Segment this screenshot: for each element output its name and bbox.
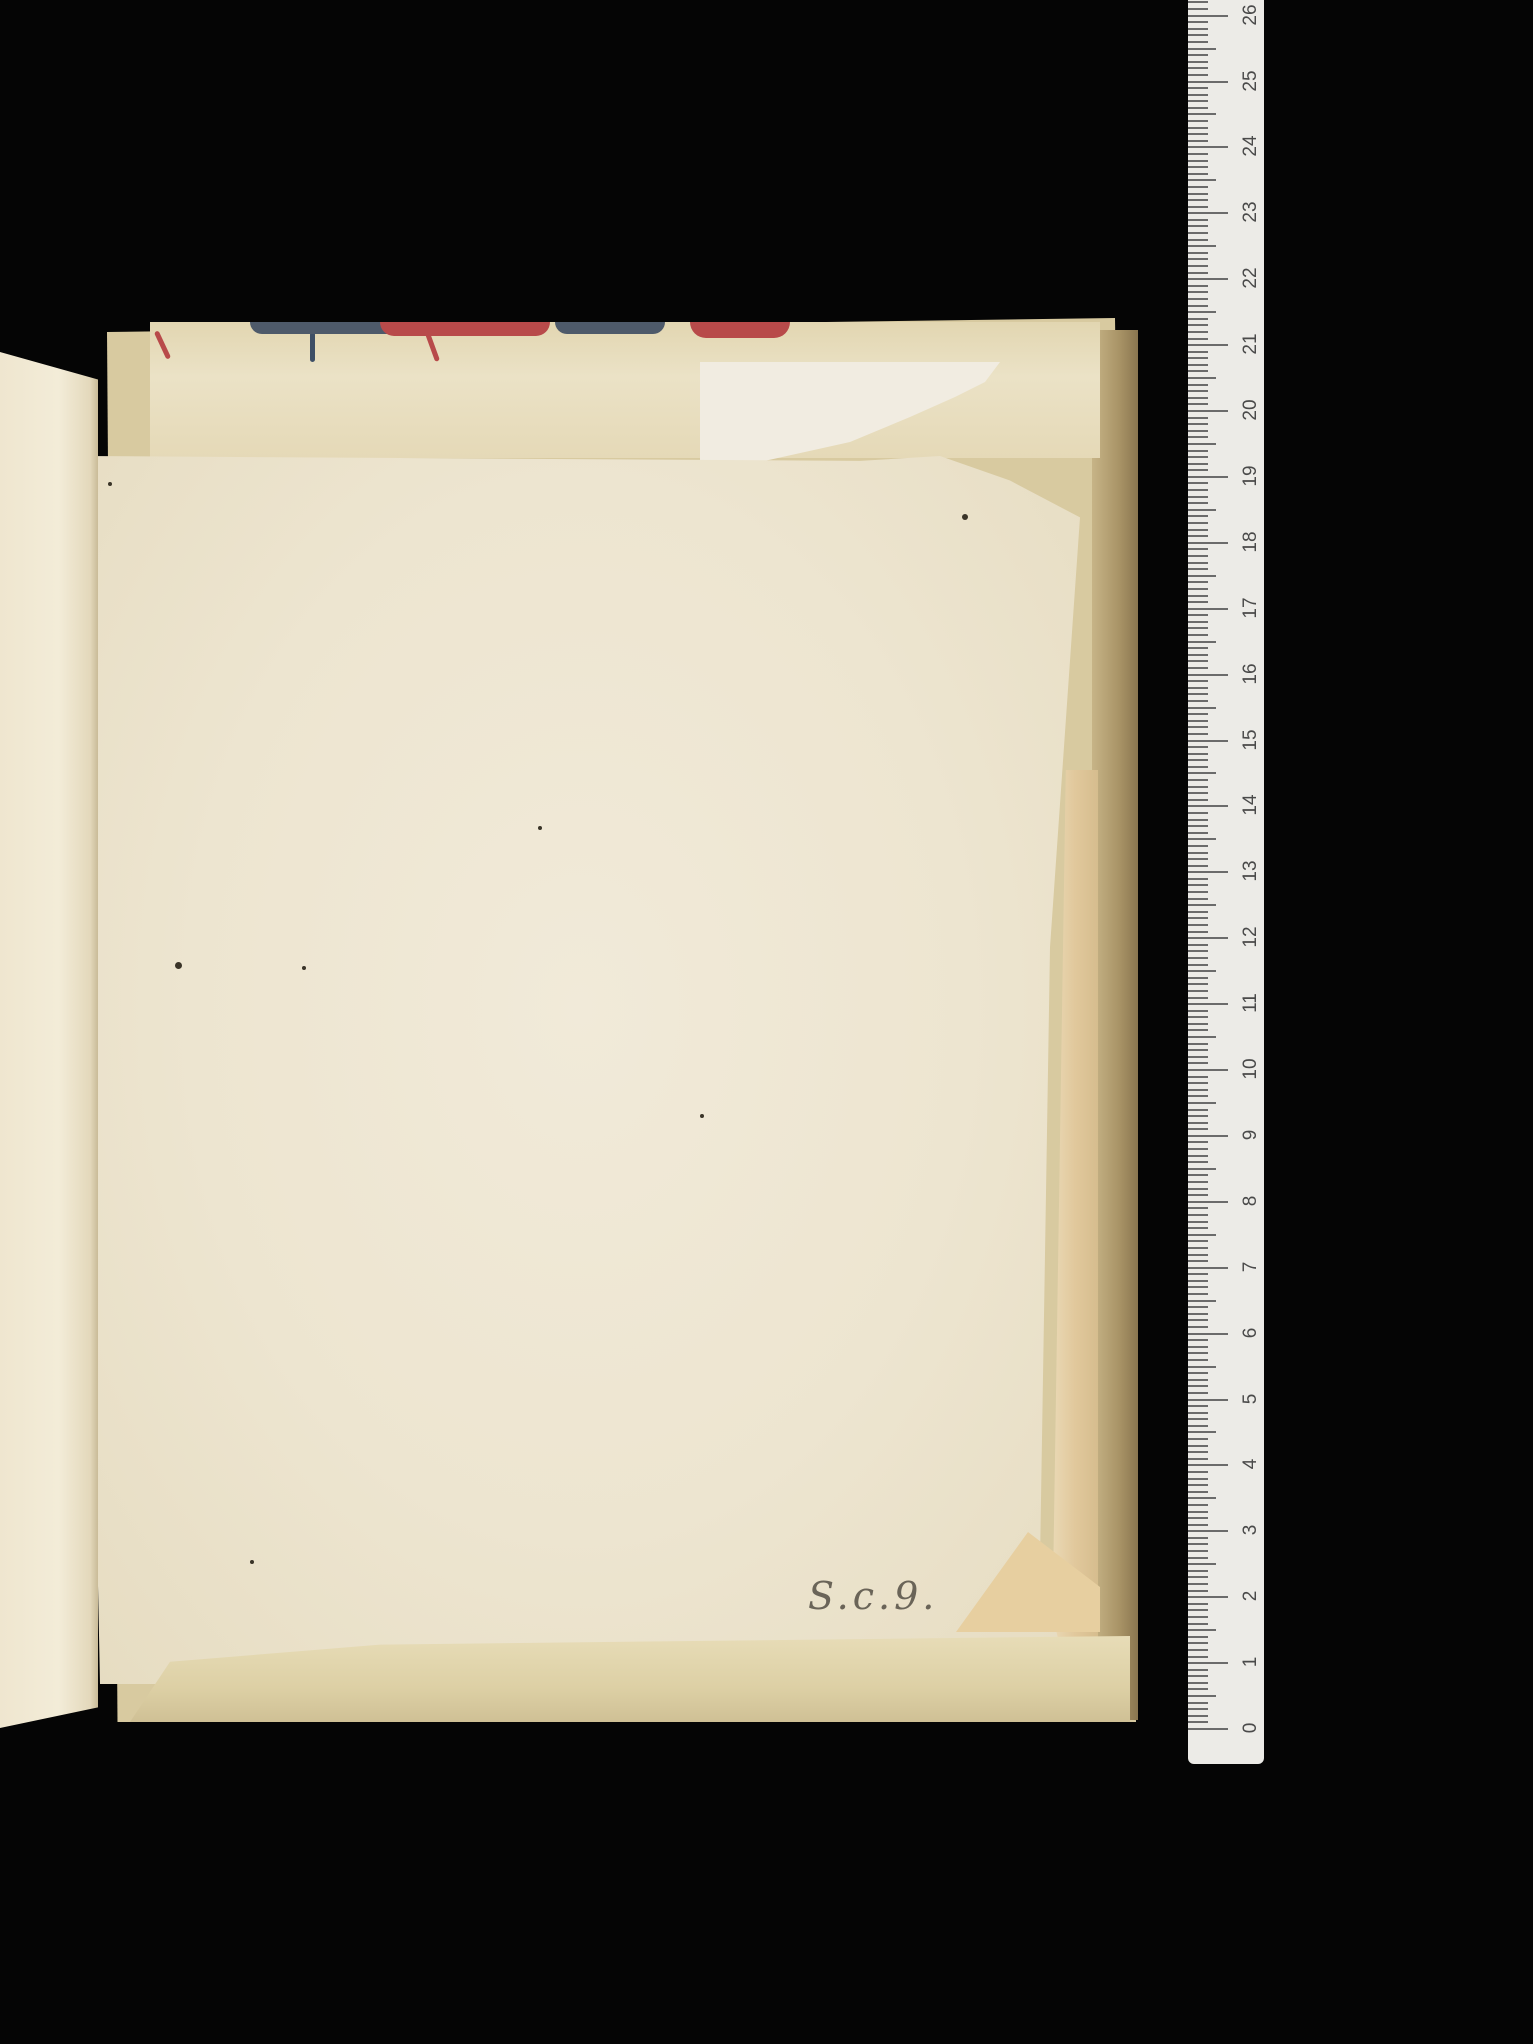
ruler-label: 2 — [1240, 1581, 1262, 1611]
ruler-tick — [1188, 318, 1208, 320]
ruler-tick — [1188, 160, 1208, 162]
ruler-tick — [1188, 1115, 1208, 1117]
ruler-label: 24 — [1240, 131, 1262, 161]
ruler-tick — [1188, 311, 1216, 313]
ruler-tick — [1188, 726, 1208, 728]
ruler-tick — [1188, 1445, 1208, 1447]
ruler-tick — [1188, 67, 1208, 69]
ruler-tick — [1188, 1300, 1216, 1302]
ruler-label: 0 — [1240, 1713, 1262, 1743]
ruler-tick — [1188, 1023, 1208, 1025]
ruler-label: 1 — [1240, 1647, 1262, 1677]
ruler-tick — [1188, 1366, 1216, 1368]
ruler-label: 17 — [1240, 593, 1262, 623]
ruler-tick — [1188, 324, 1208, 326]
ruler-tick — [1188, 370, 1208, 372]
ruler-tick — [1188, 1603, 1208, 1605]
ruler-tick — [1188, 588, 1208, 590]
ruler-tick — [1188, 403, 1208, 405]
ruler-tick — [1188, 1379, 1208, 1381]
ruler-tick — [1188, 41, 1208, 43]
ruler-label: 4 — [1240, 1449, 1262, 1479]
ruler-tick — [1188, 950, 1208, 952]
ruler-tick — [1188, 1010, 1208, 1012]
ruler-tick — [1188, 937, 1228, 939]
ruler-tick — [1188, 634, 1208, 636]
ruler-tick — [1188, 1695, 1216, 1697]
ruler-tick — [1188, 1155, 1208, 1157]
ruler-tick — [1188, 575, 1216, 577]
ruler-tick — [1188, 1056, 1208, 1058]
ruler-tick — [1188, 1201, 1228, 1203]
ruler-tick — [1188, 878, 1208, 880]
ruler-tick — [1188, 1234, 1216, 1236]
ruler-tick — [1188, 509, 1216, 511]
ruler-tick — [1188, 48, 1216, 50]
ruler-tick — [1188, 522, 1208, 524]
ruler-tick — [1188, 865, 1208, 867]
ruler-tick — [1188, 298, 1208, 300]
ruler-tick — [1188, 265, 1208, 267]
ruler-tick — [1188, 1728, 1228, 1730]
ruler-tick — [1188, 469, 1208, 471]
ruler-tick — [1188, 884, 1208, 886]
ruler-tick — [1188, 562, 1208, 564]
ruler-tick — [1188, 1524, 1208, 1526]
ruler-tick — [1188, 1702, 1208, 1704]
ruler-tick — [1188, 1221, 1208, 1223]
ruler-tick — [1188, 285, 1208, 287]
ruler-tick — [1188, 436, 1208, 438]
ruler-tick — [1188, 133, 1208, 135]
ruler-tick — [1188, 423, 1208, 425]
ruler-tick — [1188, 825, 1208, 827]
ruler-tick — [1188, 660, 1208, 662]
ruler-tick — [1188, 278, 1228, 280]
ruler-tick — [1188, 1405, 1208, 1407]
ruler-tick — [1188, 1458, 1208, 1460]
ruler-tick — [1188, 1082, 1208, 1084]
ruler-tick — [1188, 674, 1228, 676]
ruler-tick — [1188, 476, 1228, 478]
ruler-tick — [1188, 964, 1208, 966]
ruler-tick — [1188, 1537, 1208, 1539]
ruler-tick — [1188, 891, 1208, 893]
blue-marble-drop — [310, 332, 315, 362]
ruler-tick — [1188, 1016, 1208, 1018]
ruler-tick — [1188, 819, 1208, 821]
ruler-tick — [1188, 1623, 1208, 1625]
ruler-tick — [1188, 1412, 1208, 1414]
ruler-tick — [1188, 258, 1208, 260]
ruler-tick — [1188, 852, 1208, 854]
ruler-tick — [1188, 1715, 1208, 1717]
ruler-tick — [1188, 1141, 1208, 1143]
ruler-tick — [1188, 496, 1208, 498]
ruler-tick — [1188, 601, 1208, 603]
ruler-tick — [1188, 1095, 1208, 1097]
ruler-tick — [1188, 239, 1208, 241]
ruler-tick — [1188, 1563, 1216, 1565]
ruler-tick — [1188, 970, 1216, 972]
ruler-label: 15 — [1240, 725, 1262, 755]
ruler-tick — [1188, 1069, 1228, 1071]
ruler-tick — [1188, 1254, 1208, 1256]
ruler-tick — [1188, 450, 1208, 452]
ruler-tick — [1188, 535, 1208, 537]
ruler-label: 8 — [1240, 1186, 1262, 1216]
ruler-tick — [1188, 1478, 1208, 1480]
ruler-tick — [1188, 548, 1208, 550]
ruler-tick — [1188, 1036, 1216, 1038]
ruler-tick — [1188, 1161, 1208, 1163]
ruler-tick — [1188, 1708, 1208, 1710]
ruler-tick — [1188, 245, 1216, 247]
ruler-label: 21 — [1240, 329, 1262, 359]
ruler-tick — [1188, 990, 1208, 992]
ruler-tick — [1188, 1339, 1208, 1341]
shelfmark-inscription: S.c.9. — [808, 1574, 938, 1618]
ink-speck — [538, 826, 542, 830]
ruler-tick — [1188, 595, 1208, 597]
ruler-tick — [1188, 502, 1208, 504]
ruler-tick — [1188, 456, 1208, 458]
ruler-tick — [1188, 113, 1216, 115]
ruler-tick — [1188, 140, 1208, 142]
ruler-tick — [1188, 1616, 1208, 1618]
ruler-tick — [1188, 1557, 1208, 1559]
ruler-label: 26 — [1240, 0, 1262, 30]
ink-speck — [700, 1114, 704, 1118]
ruler-tick — [1188, 621, 1208, 623]
ruler-tick — [1188, 331, 1208, 333]
ruler-tick — [1188, 1649, 1208, 1651]
ruler-label: 12 — [1240, 922, 1262, 952]
ruler-tick — [1188, 1240, 1208, 1242]
ruler-tick — [1188, 34, 1208, 36]
ruler-tick — [1188, 772, 1216, 774]
ruler-tick — [1188, 1181, 1208, 1183]
ink-speck — [175, 962, 182, 969]
ruler-tick — [1188, 199, 1208, 201]
ruler-tick — [1188, 1102, 1216, 1104]
ruler-tick — [1188, 1326, 1208, 1328]
ruler-tick — [1188, 568, 1208, 570]
ruler-label: 7 — [1240, 1252, 1262, 1282]
ruler-label: 11 — [1240, 988, 1262, 1018]
ruler-tick — [1188, 753, 1208, 755]
ruler-tick — [1188, 212, 1228, 214]
ruler-tick — [1188, 1636, 1208, 1638]
ruler-tick — [1188, 1043, 1208, 1045]
ink-speck — [962, 514, 968, 520]
ruler-tick — [1188, 911, 1208, 913]
ruler-tick — [1188, 291, 1208, 293]
ruler-tick — [1188, 957, 1208, 959]
ruler-tick — [1188, 107, 1208, 109]
ruler-tick — [1188, 1583, 1208, 1585]
ruler-tick — [1188, 463, 1208, 465]
ruler-tick — [1188, 581, 1208, 583]
ruler-tick — [1188, 1207, 1208, 1209]
ruler-tick — [1188, 1491, 1208, 1493]
ruler-tick — [1188, 614, 1208, 616]
ruler-tick — [1188, 206, 1208, 208]
ruler-tick — [1188, 555, 1208, 557]
ruler-tick — [1188, 417, 1208, 419]
ruler-tick — [1188, 779, 1208, 781]
ruler-tick — [1188, 641, 1216, 643]
ruler-tick — [1188, 1214, 1208, 1216]
ruler-tick — [1188, 898, 1208, 900]
ruler-tick — [1188, 1543, 1208, 1545]
ruler-tick — [1188, 1148, 1208, 1150]
ruler-tick — [1188, 1029, 1208, 1031]
measuring-scale: 0123456789101112131415161718192021222324… — [1188, 0, 1264, 1764]
ruler-tick — [1188, 871, 1228, 873]
ruler-tick — [1188, 1392, 1208, 1394]
ruler-tick — [1188, 1385, 1208, 1387]
ruler-tick — [1188, 272, 1208, 274]
ruler-tick — [1188, 1306, 1208, 1308]
ruler-tick — [1188, 153, 1208, 155]
ruler-tick — [1188, 1721, 1208, 1723]
ruler-tick — [1188, 54, 1208, 56]
ruler-tick — [1188, 232, 1208, 234]
ruler-tick — [1188, 390, 1208, 392]
ruler-tick — [1188, 1089, 1208, 1091]
ruler-tick — [1188, 1504, 1208, 1506]
ruler-tick — [1188, 1247, 1208, 1249]
ruler-tick — [1188, 799, 1208, 801]
ruler-tick — [1188, 700, 1208, 702]
ruler-tick — [1188, 1425, 1208, 1427]
ruler-label: 23 — [1240, 197, 1262, 227]
ruler-tick — [1188, 759, 1208, 761]
ruler-tick — [1188, 377, 1216, 379]
ruler-tick — [1188, 443, 1216, 445]
ruler-tick — [1188, 179, 1216, 181]
ruler-tick — [1188, 687, 1208, 689]
ruler-tick — [1188, 733, 1208, 735]
ink-speck — [302, 966, 306, 970]
ruler-tick — [1188, 904, 1216, 906]
ruler-tick — [1188, 1530, 1228, 1532]
ruler-tick — [1188, 713, 1208, 715]
ruler-tick — [1188, 489, 1208, 491]
ruler-tick — [1188, 1194, 1208, 1196]
ruler-tick — [1188, 1590, 1208, 1592]
ruler-tick — [1188, 1682, 1208, 1684]
ruler-tick — [1188, 28, 1208, 30]
ruler-tick — [1188, 832, 1208, 834]
ruler-tick — [1188, 1352, 1208, 1354]
ruler-tick — [1188, 252, 1208, 254]
ruler-tick — [1188, 1471, 1208, 1473]
ruler-label: 25 — [1240, 66, 1262, 96]
ruler-tick — [1188, 983, 1208, 985]
red-marble-arc — [690, 322, 790, 338]
ruler-tick — [1188, 1550, 1208, 1552]
ruler-tick — [1188, 1109, 1208, 1111]
ruler-tick — [1188, 529, 1208, 531]
ruler-tick — [1188, 924, 1208, 926]
ruler-label: 13 — [1240, 856, 1262, 886]
ruler-tick — [1188, 647, 1208, 649]
ruler-tick — [1188, 219, 1208, 221]
ruler-label: 22 — [1240, 263, 1262, 293]
ruler-tick — [1188, 430, 1208, 432]
ruler-tick — [1188, 1431, 1216, 1433]
ruler-tick — [1188, 838, 1216, 840]
ruler-tick — [1188, 1313, 1208, 1315]
board-edge-right — [1092, 330, 1138, 1720]
ruler-tick — [1188, 1596, 1228, 1598]
ruler-tick — [1188, 858, 1208, 860]
ruler-tick — [1188, 1642, 1208, 1644]
ruler-tick — [1188, 225, 1208, 227]
ruler-tick — [1188, 193, 1208, 195]
ruler-tick — [1188, 515, 1208, 517]
ruler-tick — [1188, 1675, 1208, 1677]
ruler-tick — [1188, 805, 1228, 807]
ruler-tick — [1188, 338, 1208, 340]
ruler-tick — [1188, 1122, 1208, 1124]
ruler-tick — [1188, 608, 1228, 610]
ruler-tick — [1188, 680, 1208, 682]
ruler-label: 5 — [1240, 1384, 1262, 1414]
ruler-tick — [1188, 931, 1208, 933]
ruler-tick — [1188, 667, 1208, 669]
ruler-tick — [1188, 8, 1208, 10]
ruler-tick — [1188, 1438, 1208, 1440]
ruler-tick — [1188, 1273, 1208, 1275]
ruler-tick — [1188, 1570, 1208, 1572]
ruler-tick — [1188, 944, 1208, 946]
ruler-tick — [1188, 740, 1228, 742]
ruler-tick — [1188, 1062, 1208, 1064]
ruler-tick — [1188, 1669, 1208, 1671]
ruler-tick — [1188, 1464, 1228, 1466]
ruler-tick — [1188, 792, 1208, 794]
ruler-tick — [1188, 1, 1208, 3]
ruler-tick — [1188, 812, 1208, 814]
red-marble-arc — [380, 322, 550, 336]
blue-marble-arc — [555, 322, 665, 334]
pastedown-leaf — [80, 456, 1080, 1684]
ruler-tick — [1188, 1688, 1208, 1690]
ruler-tick — [1188, 384, 1208, 386]
ruler-tick — [1188, 542, 1228, 544]
ruler-tick — [1188, 720, 1208, 722]
ruler-tick — [1188, 845, 1208, 847]
ruler-tick — [1188, 693, 1208, 695]
ruler-tick — [1188, 766, 1208, 768]
ruler-tick — [1188, 997, 1208, 999]
ruler-label: 14 — [1240, 790, 1262, 820]
ruler-tick — [1188, 1319, 1208, 1321]
ruler-tick — [1188, 1609, 1208, 1611]
ruler-tick — [1188, 1399, 1228, 1401]
ruler-tick — [1188, 1656, 1208, 1658]
ruler-tick — [1188, 74, 1208, 76]
ruler-tick — [1188, 1280, 1208, 1282]
ruler-tick — [1188, 146, 1228, 148]
ruler-label: 19 — [1240, 461, 1262, 491]
ruler-tick — [1188, 1003, 1228, 1005]
ruler-tick — [1188, 1662, 1228, 1664]
ruler-tick — [1188, 786, 1208, 788]
ruler-tick — [1188, 1267, 1228, 1269]
ruler-tick — [1188, 977, 1208, 979]
ruler-tick — [1188, 397, 1208, 399]
ruler-tick — [1188, 1359, 1208, 1361]
ruler-tick — [1188, 61, 1208, 63]
ruler-tick — [1188, 1484, 1208, 1486]
ruler-tick — [1188, 166, 1208, 168]
ruler-label: 20 — [1240, 395, 1262, 425]
ruler-tick — [1188, 1128, 1208, 1130]
ruler-tick — [1188, 1346, 1208, 1348]
ruler-tick — [1188, 1049, 1208, 1051]
ruler-tick — [1188, 364, 1208, 366]
ruler-tick — [1188, 1174, 1208, 1176]
ruler-tick — [1188, 1260, 1208, 1262]
marbled-edge-decoration — [150, 322, 710, 344]
ruler-tick — [1188, 94, 1208, 96]
ruler-tick — [1188, 120, 1208, 122]
ruler-label: 6 — [1240, 1318, 1262, 1348]
ruler-label: 10 — [1240, 1054, 1262, 1084]
ruler-tick — [1188, 707, 1216, 709]
ruler-tick — [1188, 1168, 1216, 1170]
ruler-tick — [1188, 1188, 1208, 1190]
ruler-label: 16 — [1240, 659, 1262, 689]
ruler-tick — [1188, 627, 1208, 629]
ruler-tick — [1188, 357, 1208, 359]
ruler-tick — [1188, 1418, 1208, 1420]
ink-speck — [250, 1560, 254, 1564]
ruler-tick — [1188, 1517, 1208, 1519]
ruler-tick — [1188, 1511, 1208, 1513]
ruler-tick — [1188, 917, 1208, 919]
ruler-tick — [1188, 81, 1228, 83]
ruler-tick — [1188, 87, 1208, 89]
ruler-label: 3 — [1240, 1515, 1262, 1545]
ruler-tick — [1188, 1293, 1208, 1295]
ruler-tick — [1188, 654, 1208, 656]
ruler-tick — [1188, 1451, 1208, 1453]
ruler-tick — [1188, 746, 1208, 748]
ruler-label: 18 — [1240, 527, 1262, 557]
facing-flyleaf — [0, 352, 98, 1728]
ruler-tick — [1188, 1135, 1228, 1137]
ruler-tick — [1188, 173, 1208, 175]
ruler-tick — [1188, 1497, 1216, 1499]
ruler-tick — [1188, 344, 1228, 346]
ruler-tick — [1188, 21, 1208, 23]
ruler-tick — [1188, 482, 1208, 484]
ruler-tick — [1188, 186, 1208, 188]
ruler-tick — [1188, 15, 1228, 17]
ruler-tick — [1188, 1576, 1208, 1578]
ruler-tick — [1188, 100, 1208, 102]
ruler-tick — [1188, 1286, 1208, 1288]
ruler-tick — [1188, 1076, 1208, 1078]
ruler-tick — [1188, 1333, 1228, 1335]
ruler-tick — [1188, 127, 1208, 129]
ruler-tick — [1188, 1227, 1208, 1229]
